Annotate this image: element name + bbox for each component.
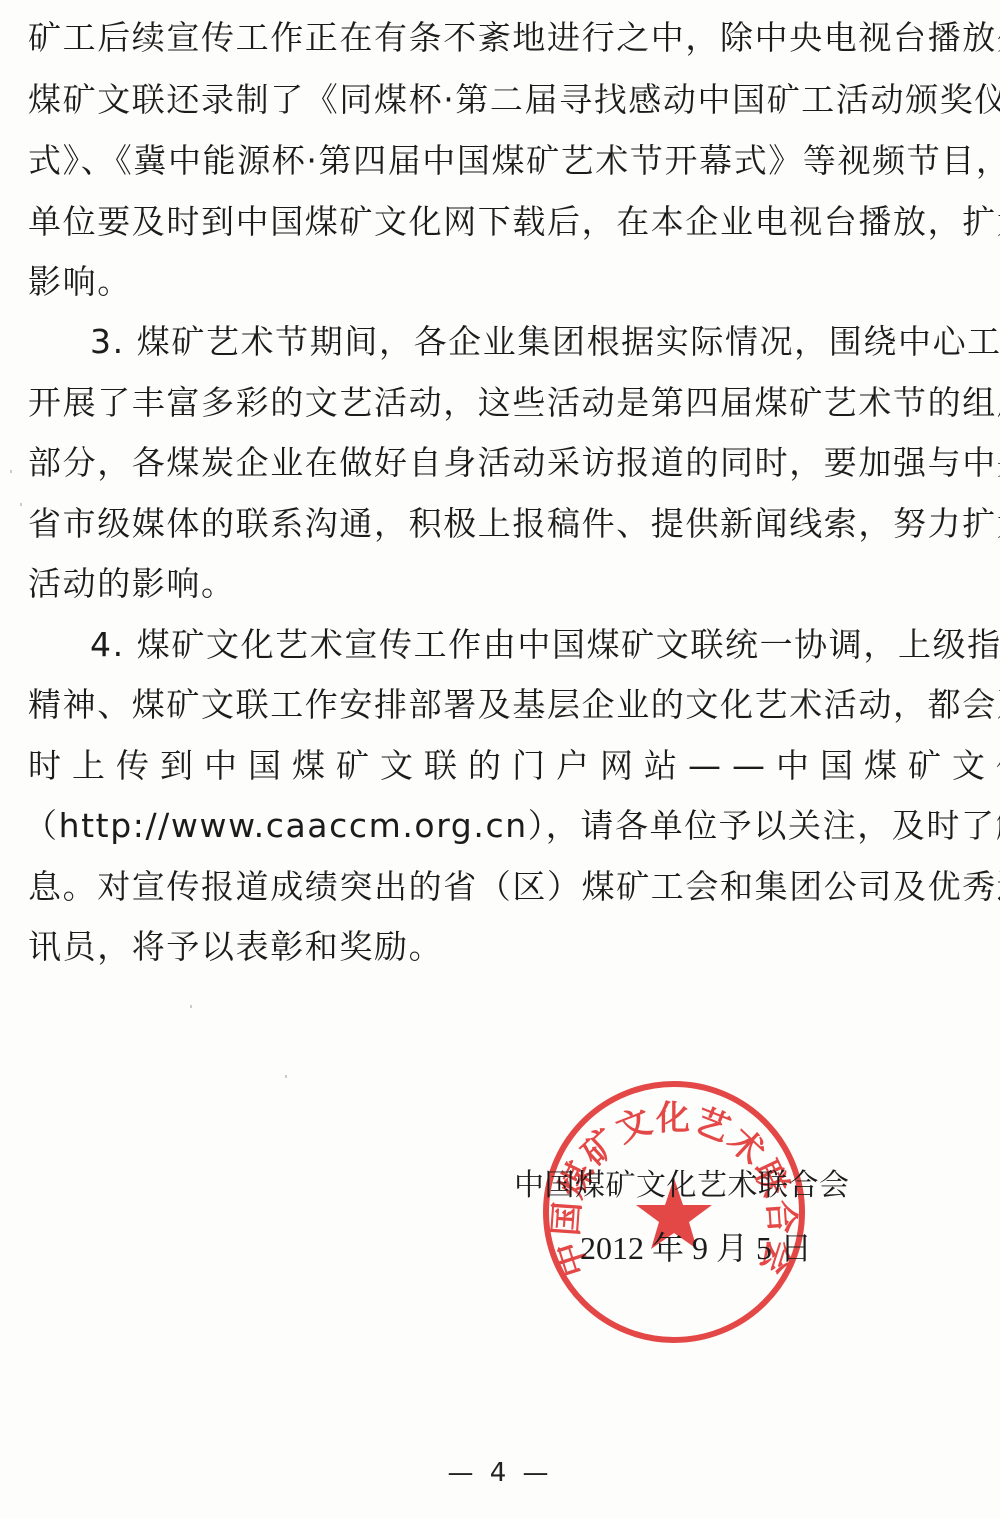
paragraph-line: 开展了丰富多彩的文艺活动，这些活动是第四届煤矿艺术节的组成 [28, 373, 1000, 433]
scan-speck [190, 1005, 192, 1008]
paragraph-line: 省市级媒体的联系沟通，积极上报稿件、提供新闻线索，努力扩大 [28, 494, 1000, 554]
signature-date: 2012 年 9 月 5 日 [580, 1223, 940, 1269]
paragraph-line: 息。对宣传报道成绩突出的省（区）煤矿工会和集团公司及优秀通 [28, 857, 1000, 917]
paragraph-line: 活动的影响。 [28, 554, 236, 614]
paragraph-line: 煤矿文联还录制了《同煤杯·第二届寻找感动中国矿工活动颁奖仪 [28, 70, 1000, 130]
paragraph-line: 式》、《冀中能源杯·第四届中国煤矿艺术节开幕式》等视频节目，各 [28, 131, 1000, 191]
scan-speck [285, 1075, 287, 1078]
list-item-3-line: 3. 煤矿艺术节期间，各企业集团根据实际情况，围绕中心工作， [90, 312, 1000, 372]
signature-organization: 中国煤矿文化艺术联合会 [514, 1160, 874, 1204]
list-item-4-line: 4. 煤矿文化艺术宣传工作由中国煤矿文联统一协调，上级指示 [90, 615, 1000, 675]
paragraph-line: 影响。 [28, 252, 132, 312]
document-page: 矿工后续宣传工作正在有条不紊地进行之中，除中央电视台播放外， 煤矿文联还录制了《… [0, 0, 1000, 1518]
official-seal-stamp: 中国煤矿文化艺术联合会 [540, 1078, 808, 1346]
scan-speck [20, 503, 22, 506]
paragraph-line: 部分，各煤炭企业在做好自身活动采访报道的同时，要加强与中央、 [28, 433, 1000, 493]
page-number: — 4 — [0, 1458, 1000, 1488]
paragraph-line: 矿工后续宣传工作正在有条不紊地进行之中，除中央电视台播放外， [28, 8, 1000, 68]
scan-speck [10, 470, 12, 473]
paragraph-line: 时上传到中国煤矿文联的门户网站——中国煤矿文化网 [28, 736, 1000, 796]
paragraph-line: 单位要及时到中国煤矿文化网下载后，在本企业电视台播放，扩大 [28, 192, 1000, 252]
paragraph-line: 讯员，将予以表彰和奖励。 [28, 917, 443, 977]
paragraph-line: 精神、煤矿文联工作安排部署及基层企业的文化艺术活动，都会及 [28, 675, 1000, 735]
paragraph-line-url: （http://www.caaccm.org.cn），请各单位予以关注，及时了解… [24, 796, 1000, 856]
